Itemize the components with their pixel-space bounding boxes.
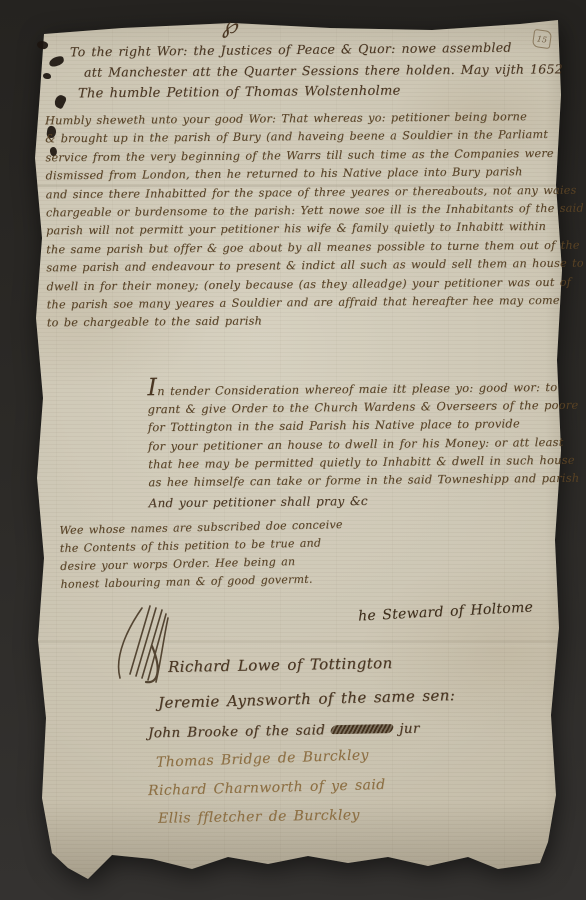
ink-blot [43, 73, 51, 79]
signature-line: Jeremie Aynsworth of the same sen: [158, 686, 456, 712]
ink-blot [48, 56, 65, 68]
petition-body: Humbly sheweth unto your good Wor: That … [45, 108, 585, 334]
prayer-line: as hee himselfe can take or forme in the… [148, 469, 579, 492]
endorsement-note: he Steward of Holtome [358, 599, 534, 624]
signature-line: Richard Lowe of Tottington [168, 654, 393, 676]
signature-text: John Brooke of the said [148, 722, 326, 741]
ink-blot [36, 39, 49, 50]
petition-title: The humble Petition of Thomas Wolstenhol… [78, 84, 401, 102]
signature-line: Thomas Bridge de Burckley [156, 747, 369, 770]
photo-background: ℘ 15 To the right Wor: the Justices of P… [0, 0, 586, 900]
signature-line: John Brooke of the saidjur [148, 721, 420, 742]
signature-line: Ellis ffletcher de Burckley [158, 807, 360, 827]
manuscript-content: ℘ 15 To the right Wor: the Justices of P… [0, 0, 586, 900]
session-date-line: att Manchester att the Quarter Sessions … [84, 61, 563, 79]
body-line: to be chargeable to the said parish [47, 310, 585, 333]
address-line: To the right Wor: the Justices of Peace … [70, 40, 512, 60]
prayer-closing: And your petitioner shall pray &c [149, 490, 580, 513]
folio-number-badge: 15 [532, 29, 552, 49]
petition-prayer: In tender Consideration whereof maie itt… [147, 374, 579, 513]
ink-blot [53, 93, 68, 109]
scribe-flourish-icon: ℘ [222, 14, 238, 39]
signature-suffix: jur [399, 721, 420, 737]
folio-number: 15 [536, 34, 547, 44]
attestation-block: Wee whose names are subscribed doe conce… [59, 516, 344, 594]
scribbled-out-word-icon [330, 724, 395, 734]
signature-line: Richard Charnworth of ye said [148, 777, 386, 799]
